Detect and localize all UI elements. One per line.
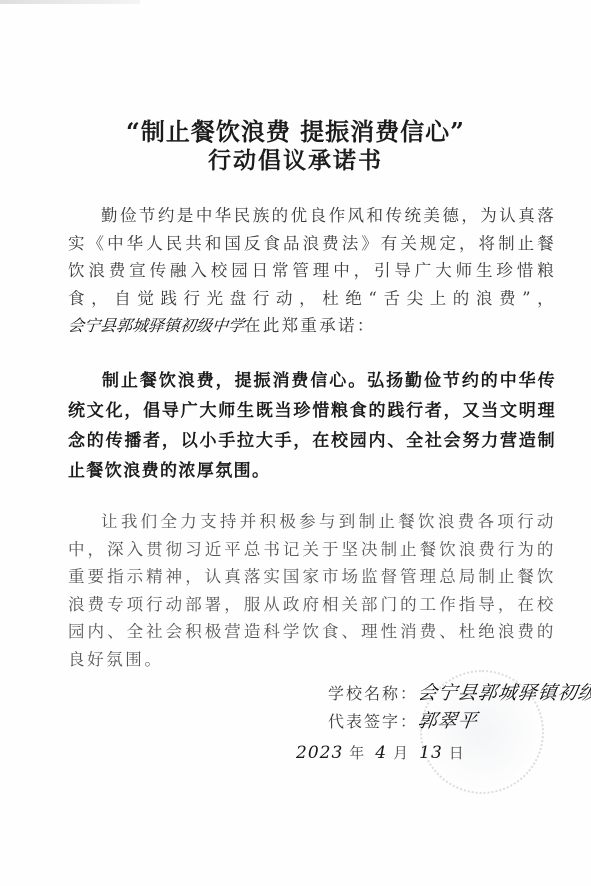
handwritten-school-name: 会宁县郭城驿镇初级中学 xyxy=(67,312,246,340)
school-name-label: 学校名称： xyxy=(328,681,418,704)
date-year-unit: 年 xyxy=(349,744,365,762)
school-name-signature: 会宁县郭城驿镇初级中学 xyxy=(416,678,591,705)
intro-text: 勤俭节约是中华民族的优良作风和传统美德，为认真落实《中华人民共和国反食品浪费法》… xyxy=(68,206,556,308)
paragraph-intro: 勤俭节约是中华民族的优良作风和传统美德，为认真落实《中华人民共和国反食品浪费法》… xyxy=(68,202,556,340)
date-year: 2023 xyxy=(296,743,343,763)
date-day: 13 xyxy=(419,743,443,763)
representative-signature: 郭翠平 xyxy=(416,706,480,733)
representative-row: 代表签字：郭翠平 xyxy=(328,706,478,733)
representative-label: 代表签字： xyxy=(328,709,418,732)
date-month-unit: 月 xyxy=(393,744,409,762)
document-subtitle: 行动倡议承诺书 xyxy=(0,142,591,175)
date-month: 4 xyxy=(375,743,387,763)
document-page: “制止餐饮浪费 提振消费信心” 行动倡议承诺书 勤俭节约是中华民族的优良作风和传… xyxy=(0,0,591,886)
scan-edge-artifact xyxy=(0,0,140,4)
signing-date: 2023年4月13日 xyxy=(296,742,475,763)
intro-text-end: 在此郑重承诺： xyxy=(244,316,376,335)
school-name-row: 学校名称：会宁县郭城驿镇初级中学 xyxy=(328,678,591,705)
date-day-unit: 日 xyxy=(449,744,465,762)
paragraph-action: 让我们全力支持并积极参与到制止餐饮浪费各项行动中，深入贯彻习近平总书记关于坚决制… xyxy=(68,508,556,673)
paragraph-commitment: 制止餐饮浪费，提振消费信心。弘扬勤俭节约的中华传统文化，倡导广大师生既当珍惜粮食… xyxy=(68,366,556,486)
